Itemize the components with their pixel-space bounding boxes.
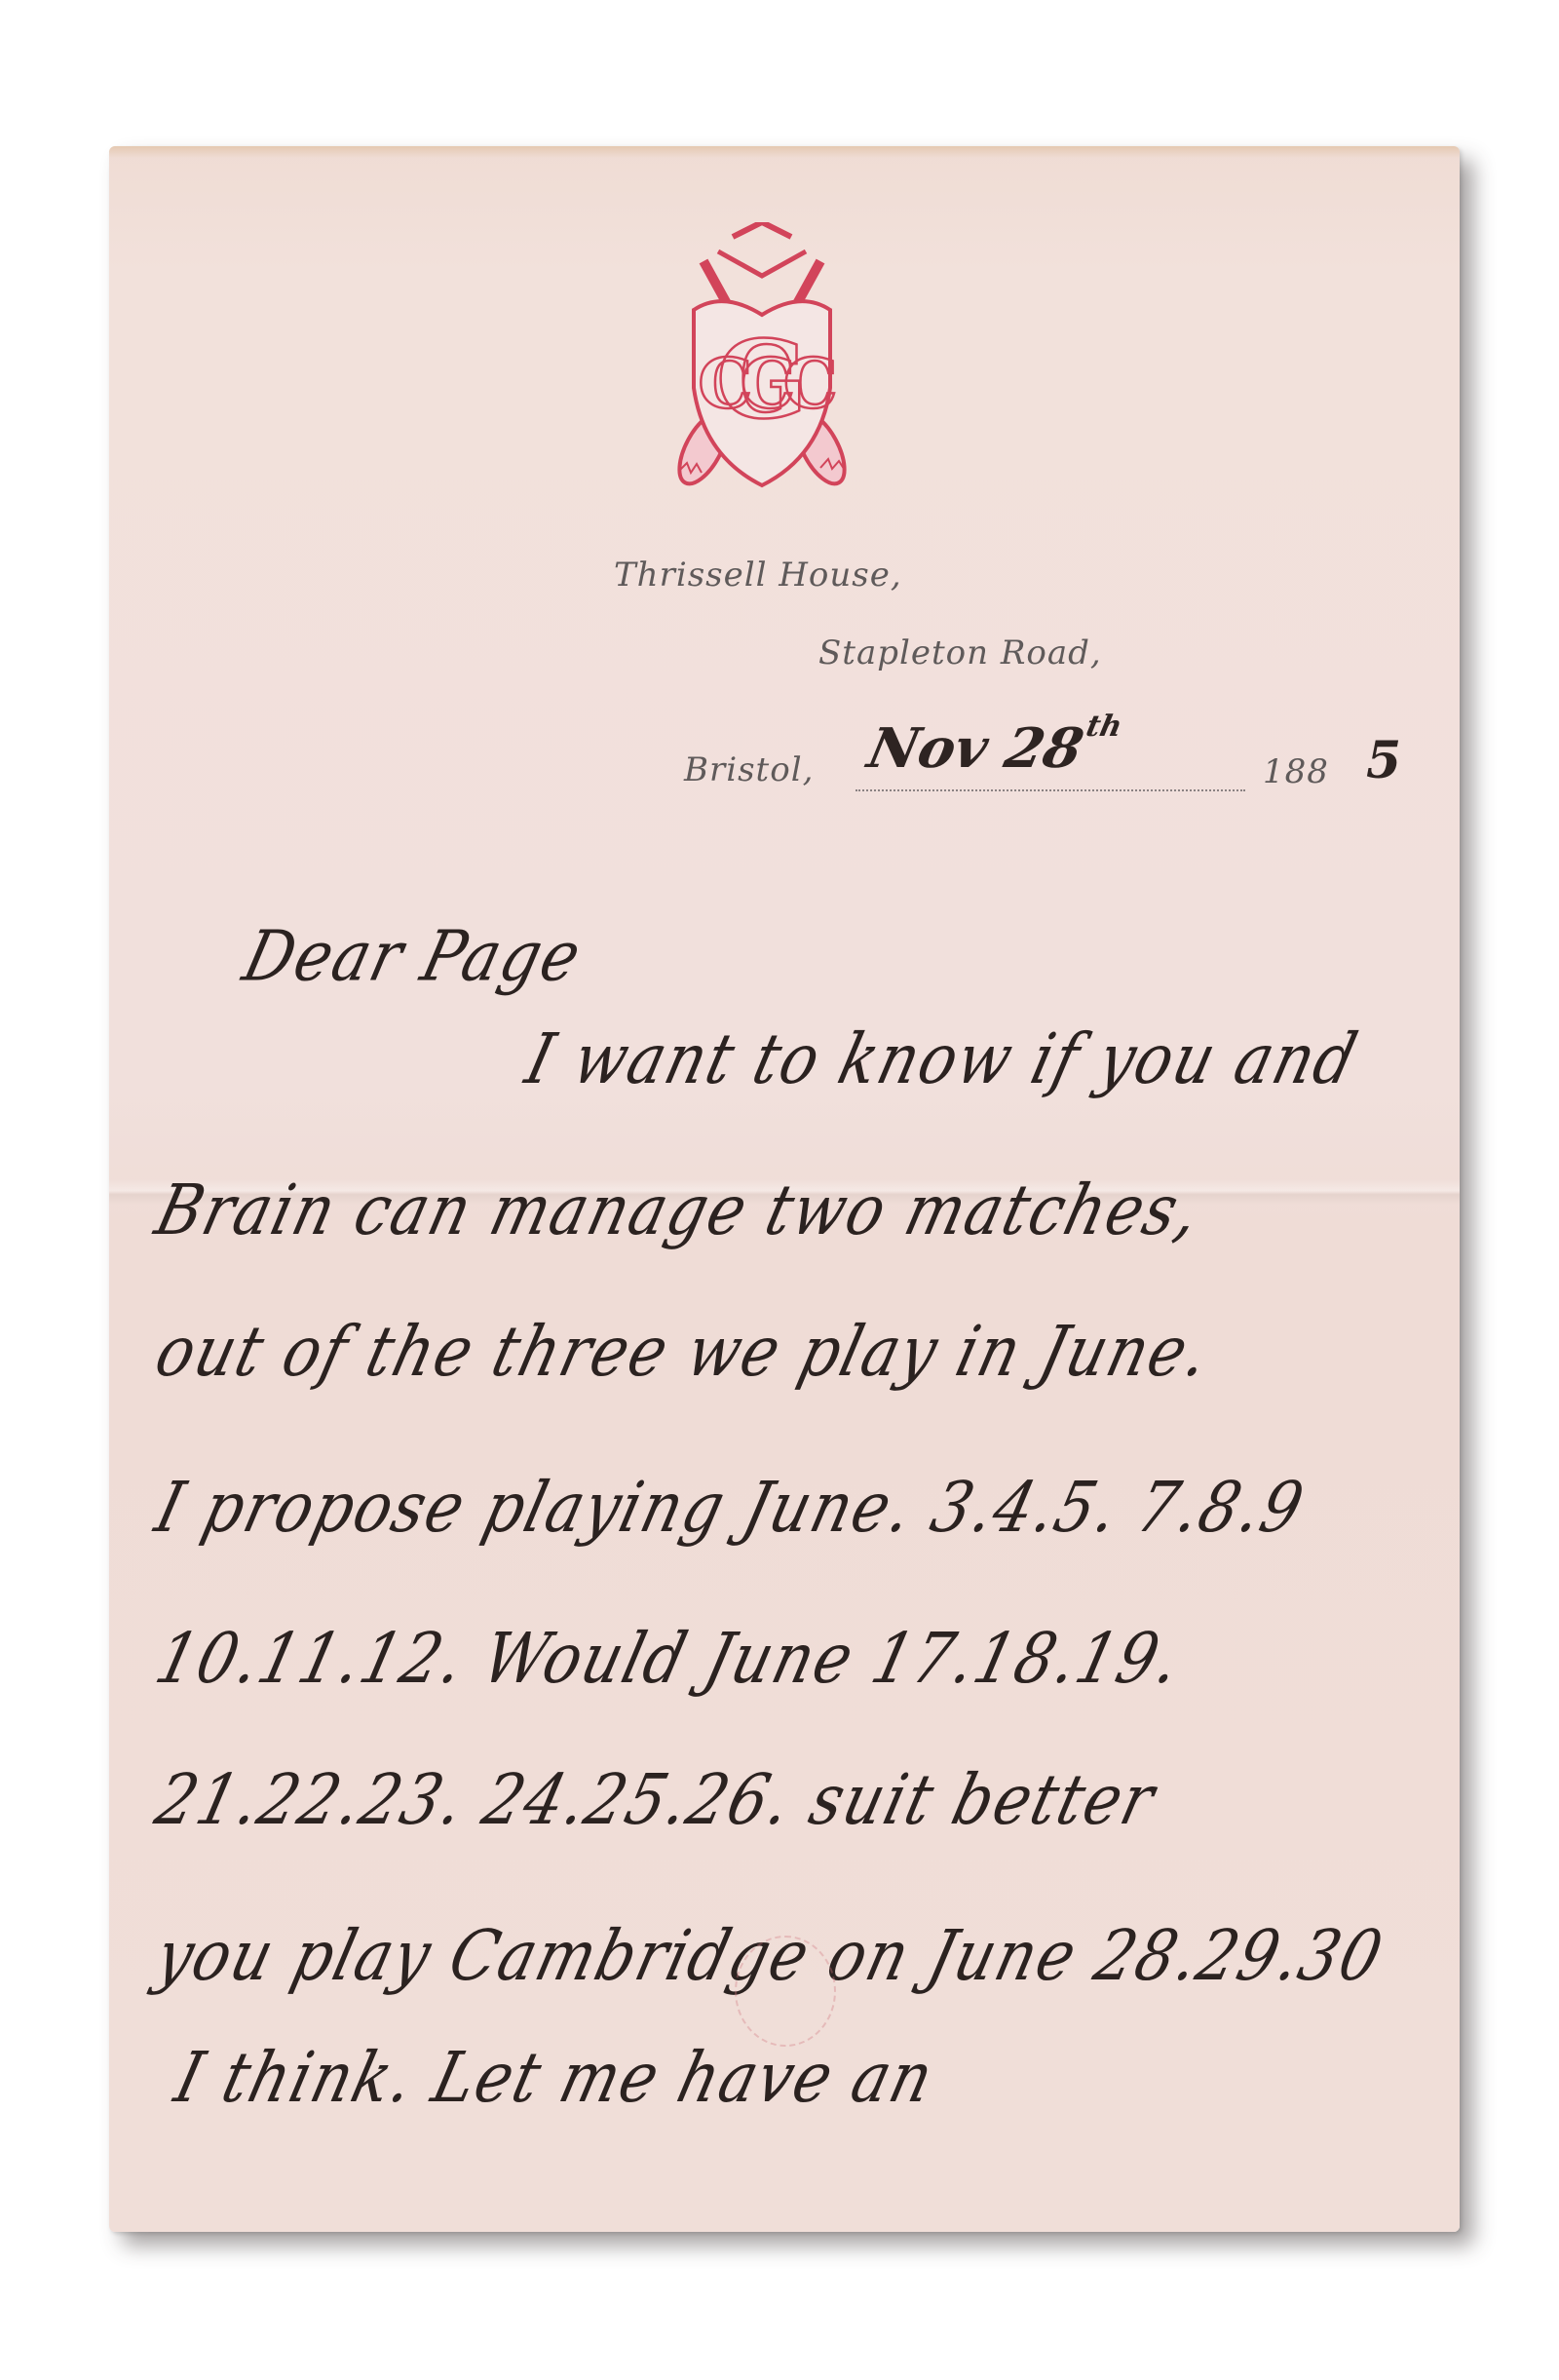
- club-crest-icon: G CCC: [665, 222, 859, 495]
- printed-year-prefix: 188: [1263, 752, 1329, 791]
- handwritten-date: Nov 28th: [862, 716, 1123, 781]
- letterhead-address-line-2: Stapleton Road,: [818, 633, 1102, 672]
- salutation: Dear Page: [236, 915, 590, 997]
- body-line: Brain can manage two matches,: [148, 1169, 1209, 1250]
- date-suffix: th: [1084, 710, 1125, 744]
- body-line: out of the three we play in June.: [148, 1310, 1219, 1392]
- body-line: I propose playing June. 3.4.5. 7.8.9: [148, 1466, 1312, 1548]
- body-line: I want to know if you and: [518, 1017, 1366, 1099]
- letterhead-city: Bristol,: [684, 750, 814, 789]
- faint-red-stamp-icon: [735, 1936, 836, 2047]
- handwritten-year-digit: 5: [1366, 731, 1401, 790]
- letter-sheet: G CCC Thrissell House, Stapleton Road, B…: [109, 146, 1460, 2232]
- svg-text:CCC: CCC: [698, 343, 834, 424]
- letterhead-address-line-1: Thrissell House,: [614, 556, 902, 595]
- body-line: 10.11.12. Would June 17.18.19.: [148, 1617, 1190, 1699]
- date-text: Nov 28: [862, 716, 1089, 781]
- date-dotted-line: [856, 789, 1245, 791]
- body-line: I think. Let me have an: [168, 2036, 943, 2118]
- body-line: 21.22.23. 24.25.26. suit better: [148, 1758, 1164, 1840]
